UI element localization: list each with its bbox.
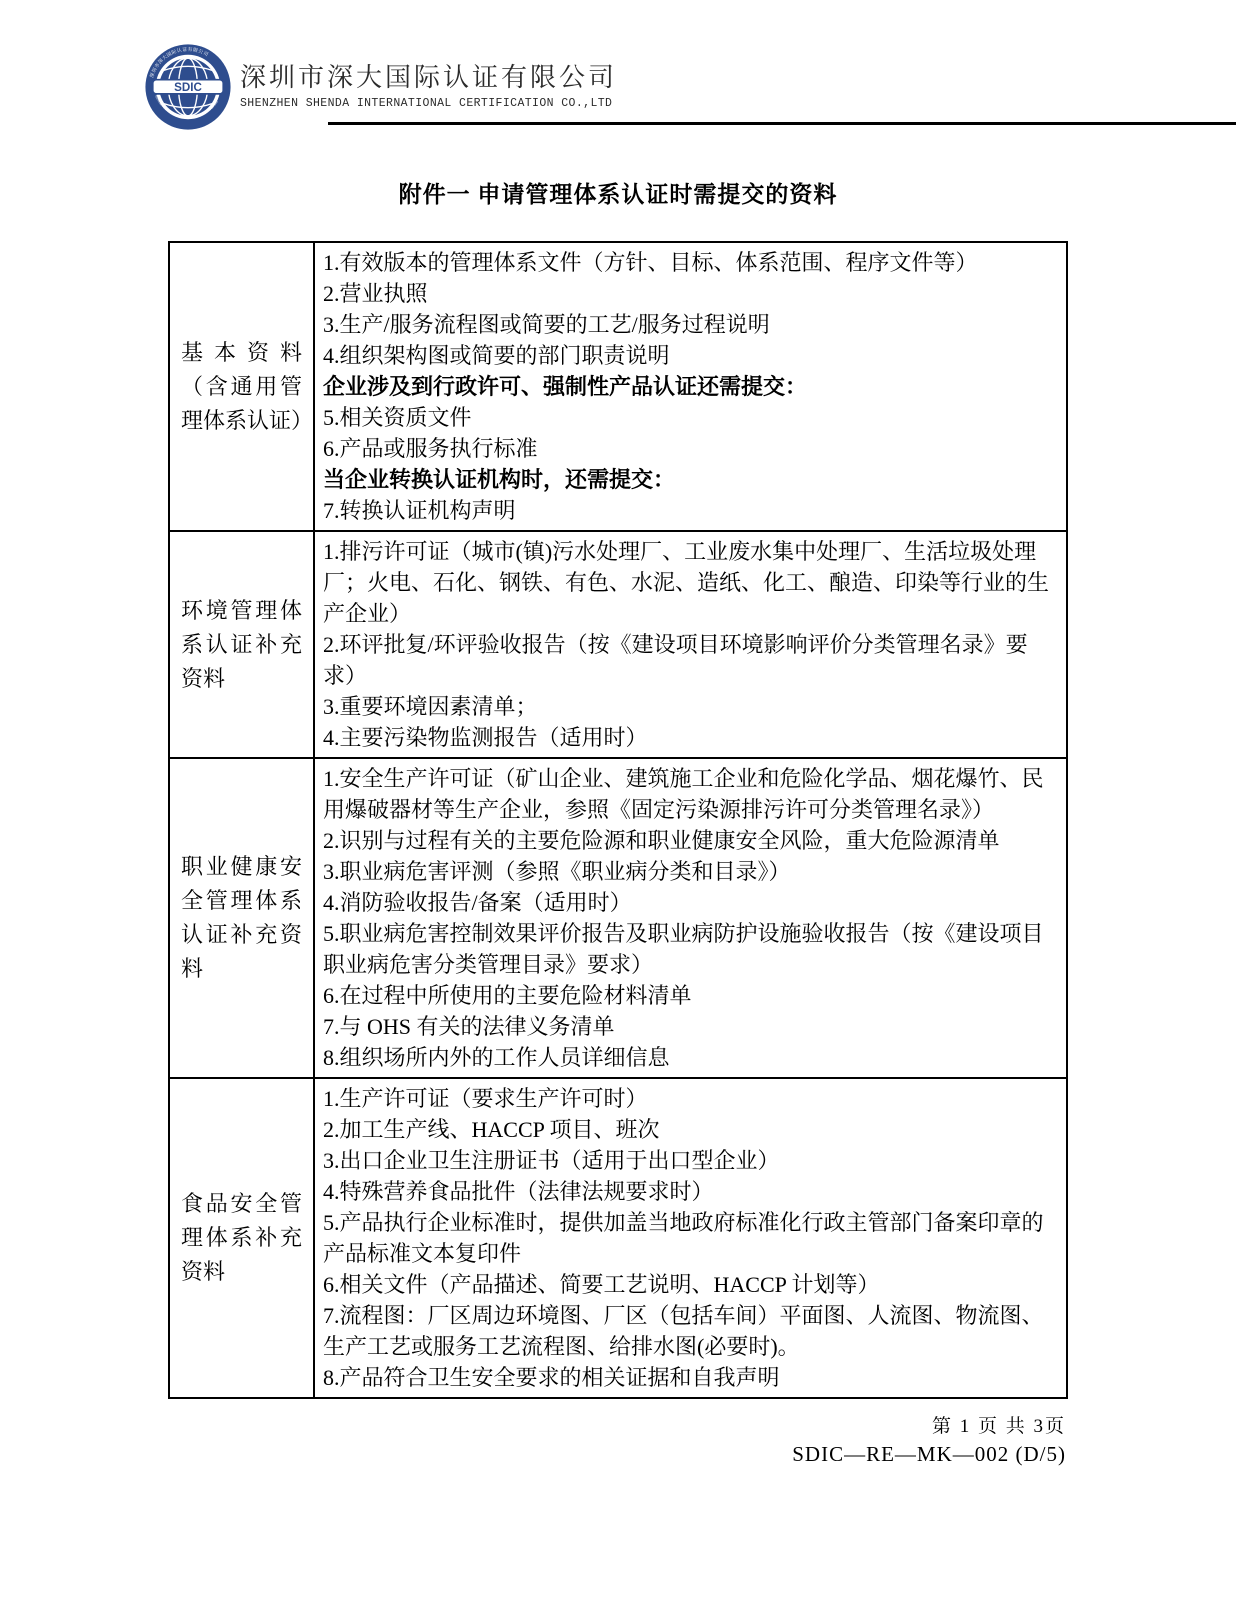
category-label: 食品安全管理体系补充资料 xyxy=(181,1187,302,1289)
item-text: 1.安全生产许可证（矿山企业、建筑施工企业和危险化学品、烟花爆竹、民用爆破器材等… xyxy=(323,763,1060,825)
item-text: 4.组织架构图或简要的部门职责说明 xyxy=(323,340,1060,371)
item-text: 5.职业病危害控制效果评价报告及职业病防护设施验收报告（按《建设项目职业病危害分… xyxy=(323,918,1060,980)
document-code: SDIC—RE—MK—002 (D/5) xyxy=(168,1442,1066,1467)
document-header: 深圳市深大国际认证有限公司 SHENZHEN SHENDA INTERNATIO… xyxy=(145,0,1068,130)
item-text: 5.相关资质文件 xyxy=(323,402,1060,433)
items-cell: 1.有效版本的管理体系文件（方针、目标、体系范围、程序文件等）2.营业执照3.生… xyxy=(314,242,1067,531)
items-cell: 1.排污许可证（城市(镇)污水处理厂、工业废水集中处理厂、生活垃圾处理厂；火电、… xyxy=(314,531,1067,758)
item-text: 3.重要环境因素清单； xyxy=(323,691,1060,722)
items-cell: 1.安全生产许可证（矿山企业、建筑施工企业和危险化学品、烟花爆竹、民用爆破器材等… xyxy=(314,758,1067,1078)
item-text: 7.转换认证机构声明 xyxy=(323,495,1060,526)
document-footer: 第 1 页 共 3页 SDIC—RE—MK—002 (D/5) xyxy=(168,1411,1068,1467)
item-text: 1.排污许可证（城市(镇)污水处理厂、工业废水集中处理厂、生活垃圾处理厂；火电、… xyxy=(323,536,1060,629)
item-subheading: 企业涉及到行政许可、强制性产品认证还需提交： xyxy=(323,371,1060,402)
item-text: 2.营业执照 xyxy=(323,278,1060,309)
table-row: 基本资料（含通用管理体系认证）1.有效版本的管理体系文件（方针、目标、体系范围、… xyxy=(169,242,1067,531)
item-text: 3.职业病危害评测（参照《职业病分类和目录》） xyxy=(323,856,1060,887)
requirements-table: 基本资料（含通用管理体系认证）1.有效版本的管理体系文件（方针、目标、体系范围、… xyxy=(168,241,1068,1399)
company-name-en: SHENZHEN SHENDA INTERNATIONAL CERTIFICAT… xyxy=(240,97,617,110)
item-text: 1.生产许可证（要求生产许可时） xyxy=(323,1083,1060,1114)
document-page: 深圳市深大国际认证有限公司 SHENZHEN SHENDA INTERNATIO… xyxy=(168,0,1068,1467)
logo-sdic-text: SDIC xyxy=(174,80,202,93)
category-cell: 基本资料（含通用管理体系认证） xyxy=(169,242,314,531)
item-text: 7.与 OHS 有关的法律义务清单 xyxy=(323,1011,1060,1042)
item-text: 4.特殊营养食品批件（法律法规要求时） xyxy=(323,1176,1060,1207)
item-text: 5.产品执行企业标准时，提供加盖当地政府标准化行政主管部门备案印章的产品标准文本… xyxy=(323,1207,1060,1269)
globe-logo-icon: 深圳市深大国际认证有限公司 SHENZHEN SHENDA INTERNATIO… xyxy=(145,44,231,130)
item-text: 2.加工生产线、HACCP 项目、班次 xyxy=(323,1114,1060,1145)
item-text: 8.组织场所内外的工作人员详细信息 xyxy=(323,1042,1060,1073)
category-label: 环境管理体系认证补充资料 xyxy=(181,594,302,696)
company-name-block: 深圳市深大国际认证有限公司 SHENZHEN SHENDA INTERNATIO… xyxy=(240,57,617,116)
category-cell: 职业健康安全管理体系认证补充资料 xyxy=(169,758,314,1078)
page-title: 附件一 申请管理体系认证时需提交的资料 xyxy=(168,176,1068,209)
item-text: 3.生产/服务流程图或简要的工艺/服务过程说明 xyxy=(323,309,1060,340)
category-label: 基本资料（含通用管理体系认证） xyxy=(181,336,302,438)
company-logo: 深圳市深大国际认证有限公司 SHENZHEN SHENDA INTERNATIO… xyxy=(145,44,231,130)
item-text: 6.产品或服务执行标准 xyxy=(323,433,1060,464)
company-name-cn: 深圳市深大国际认证有限公司 xyxy=(240,57,617,94)
category-cell: 环境管理体系认证补充资料 xyxy=(169,531,314,758)
item-text: 4.消防验收报告/备案（适用时） xyxy=(323,887,1060,918)
item-text: 2.环评批复/环评验收报告（按《建设项目环境影响评价分类管理名录》要求） xyxy=(323,629,1060,691)
item-subheading: 当企业转换认证机构时，还需提交： xyxy=(323,464,1060,495)
item-text: 3.出口企业卫生注册证书（适用于出口型企业） xyxy=(323,1145,1060,1176)
item-text: 7.流程图：厂区周边环境图、厂区（包括车间）平面图、人流图、物流图、生产工艺或服… xyxy=(323,1300,1060,1362)
table-row: 职业健康安全管理体系认证补充资料1.安全生产许可证（矿山企业、建筑施工企业和危险… xyxy=(169,758,1067,1078)
item-text: 6.在过程中所使用的主要危险材料清单 xyxy=(323,980,1060,1011)
category-cell: 食品安全管理体系补充资料 xyxy=(169,1078,314,1398)
page-number: 第 1 页 共 3页 xyxy=(168,1411,1066,1438)
item-text: 4.主要污染物监测报告（适用时） xyxy=(323,722,1060,753)
category-label: 职业健康安全管理体系认证补充资料 xyxy=(181,850,302,986)
table-row: 环境管理体系认证补充资料1.排污许可证（城市(镇)污水处理厂、工业废水集中处理厂… xyxy=(169,531,1067,758)
item-text: 1.有效版本的管理体系文件（方针、目标、体系范围、程序文件等） xyxy=(323,247,1060,278)
table-row: 食品安全管理体系补充资料1.生产许可证（要求生产许可时）2.加工生产线、HACC… xyxy=(169,1078,1067,1398)
item-text: 6.相关文件（产品描述、简要工艺说明、HACCP 计划等） xyxy=(323,1269,1060,1300)
item-text: 8.产品符合卫生安全要求的相关证据和自我声明 xyxy=(323,1362,1060,1393)
items-cell: 1.生产许可证（要求生产许可时）2.加工生产线、HACCP 项目、班次3.出口企… xyxy=(314,1078,1067,1398)
item-text: 2.识别与过程有关的主要危险源和职业健康安全风险，重大危险源清单 xyxy=(323,825,1060,856)
